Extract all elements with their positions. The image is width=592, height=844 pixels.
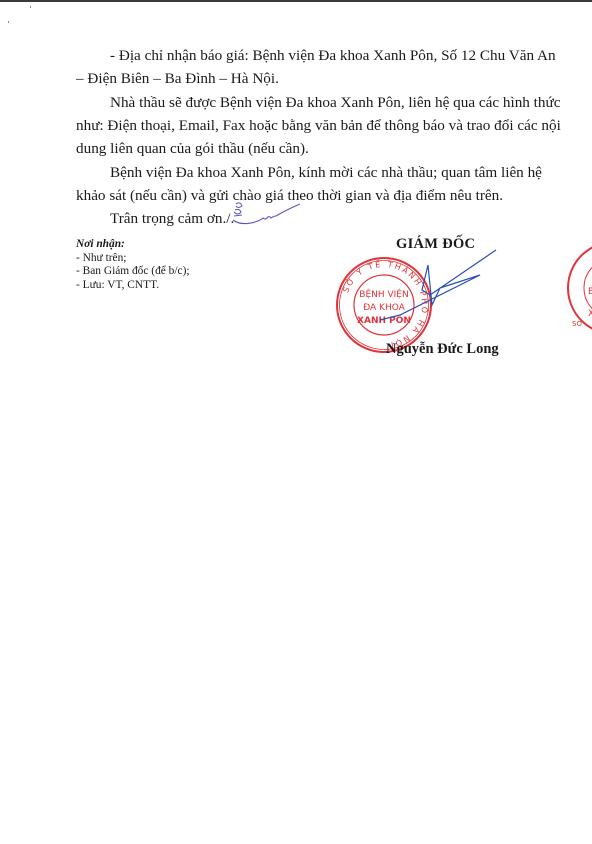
- svg-text:B: B: [588, 287, 592, 297]
- contact-line-3: dung liên quan của gói thầu (nếu cần).: [76, 140, 534, 158]
- recipient-item: - Lưu: VT, CNTT.: [76, 279, 190, 293]
- partial-stamp-icon: B X SO: [566, 238, 592, 338]
- svg-text:SO: SO: [572, 320, 582, 328]
- address-line-2: – Điện Biên – Ba Đình – Hà Nội.: [76, 70, 534, 88]
- director-signature-icon: [360, 240, 500, 330]
- initials-signature-icon: [230, 198, 310, 230]
- page-top-edge: [0, 0, 592, 2]
- recipients-block: Nơi nhận: - Như trên; - Ban Giám đốc (để…: [76, 238, 190, 292]
- contact-line-2: như: Điện thoại, Email, Fax hoặc bằng vă…: [76, 117, 534, 135]
- signatory-name: Nguyễn Đức Long: [386, 341, 499, 358]
- svg-text:X: X: [588, 309, 592, 319]
- recipient-item: - Như trên;: [76, 252, 190, 266]
- address-line-1: - Địa chỉ nhận báo giá: Bệnh viện Đa kho…: [76, 47, 534, 65]
- recipients-title: Nơi nhận:: [76, 238, 190, 252]
- scan-speck: [30, 6, 31, 8]
- scan-speck: [8, 21, 9, 23]
- contact-line-1: Nhà thầu sẽ được Bệnh viện Đa khoa Xanh …: [76, 94, 534, 112]
- recipient-item: - Ban Giám đốc (để b/c);: [76, 265, 190, 279]
- invite-line-1: Bệnh viện Đa khoa Xanh Pôn, kính mời các…: [76, 164, 534, 182]
